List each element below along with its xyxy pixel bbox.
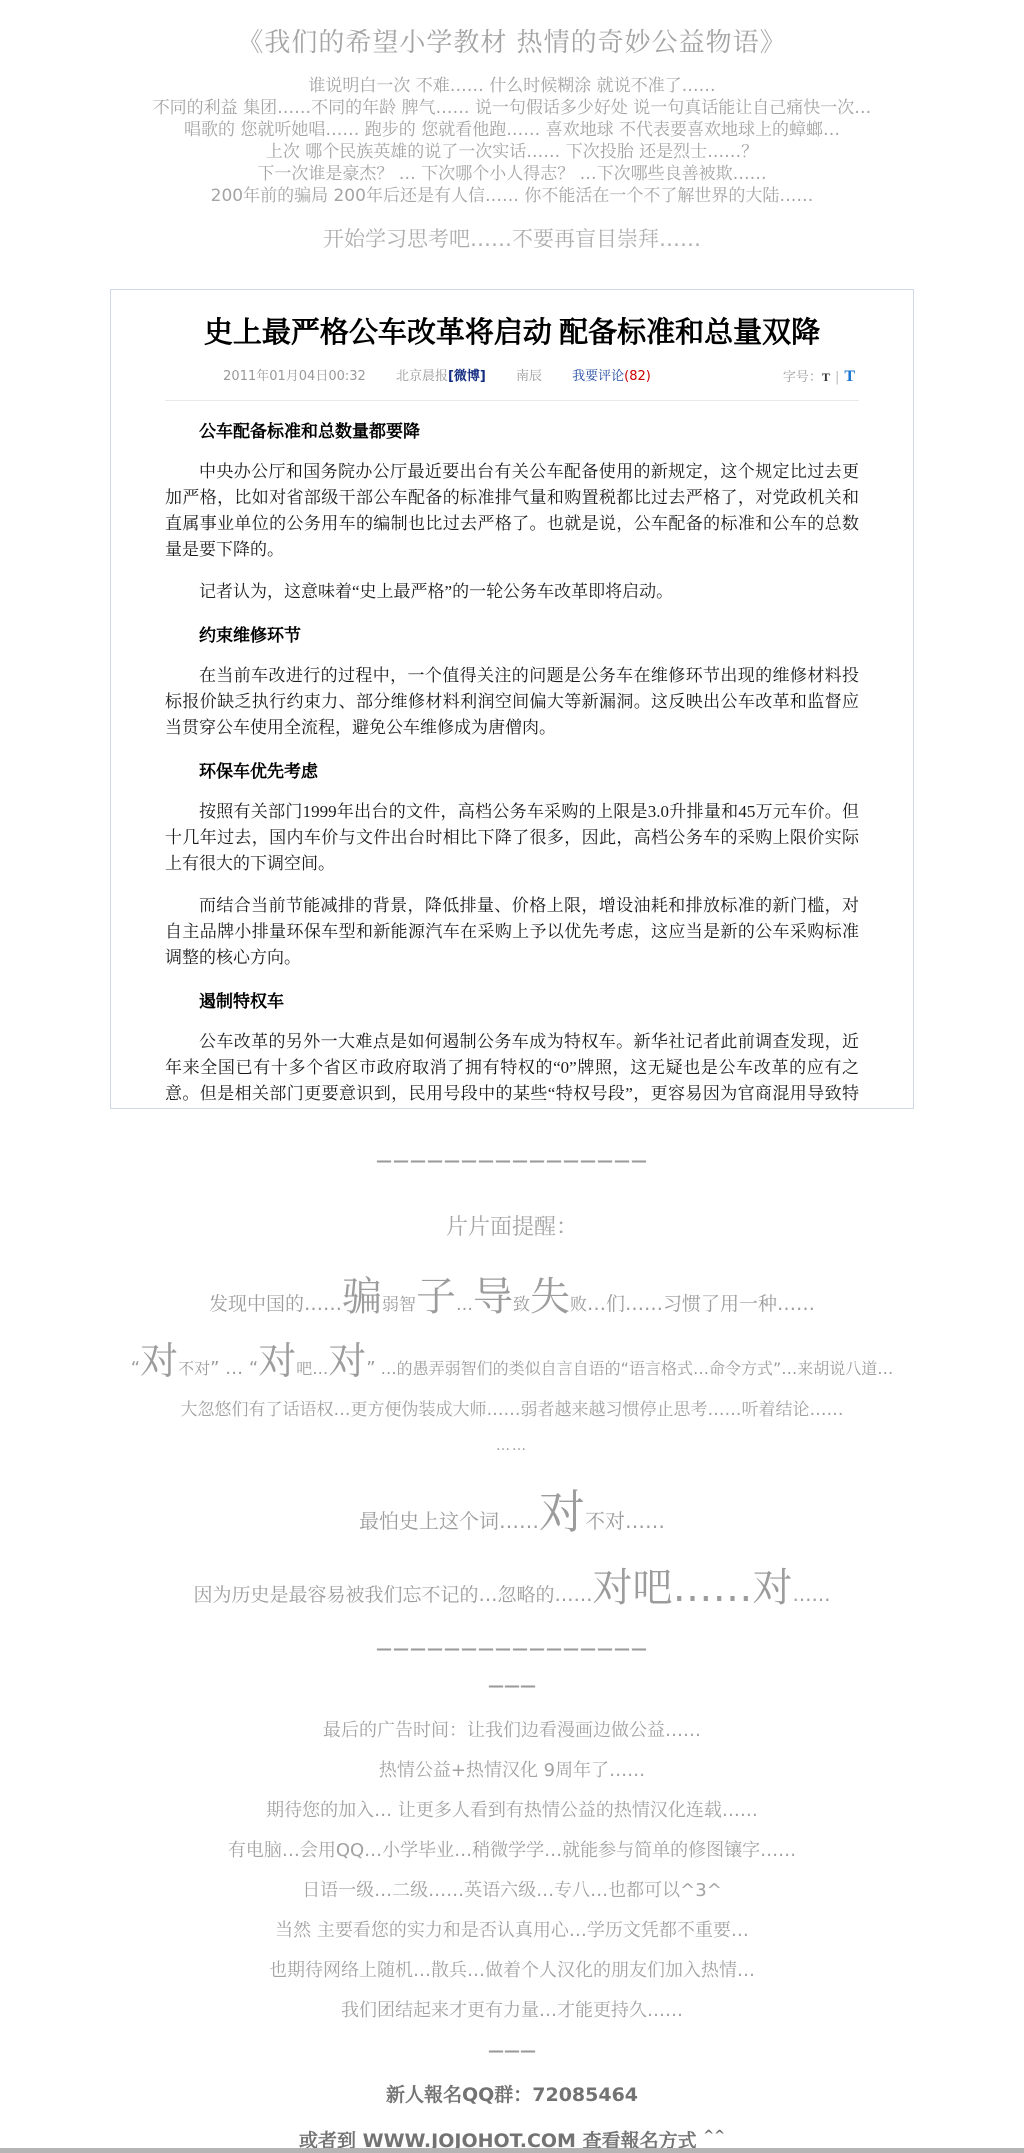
text-segment: 弱智 (382, 1295, 416, 1315)
article-paragraph: 在当前车改进行的过程中，一个值得关注的问题是公务车在维修环节出现的维修材料投标报… (165, 663, 859, 741)
ad-line: 日语一级…二级……英语六级…专八…也都可以^3^ (0, 1881, 1024, 1901)
text-segment: 败 (570, 1295, 587, 1315)
intro-section: 《我们的希望小学教材 热情的奇妙公益物语》 谁说明白一次 不难…… 什么时候糊涂… (0, 0, 1024, 253)
commentary-line-huyou: 大忽悠们有了话语权…更方便伪装成大师……弱者越来越习惯停止思考……听着结论…… (0, 1395, 1024, 1420)
text-segment: ” … “ (210, 1358, 258, 1379)
article-paragraph: 按照有关部门1999年出台的文件，高档公务车采购的上限是3.0升排量和45万元车… (165, 799, 859, 877)
page-title: 《我们的希望小学教材 热情的奇妙公益物语》 (0, 22, 1024, 59)
bottom-border-bar (0, 2148, 1024, 2153)
intro-call-line: 开始学习思考吧……不要再盲目崇拜…… (0, 223, 1024, 253)
divider-dashes: ———————————————— (0, 1639, 1024, 1658)
reminder-title: 片片面提醒： (0, 1210, 1024, 1241)
article-headline: 史上最严格公车改革将启动 配备标准和总量双降 (165, 314, 859, 352)
article-paragraph: 而结合当前节能减排的背景，降低排量、价格上限，增设油耗和排放标准的新门槛，对自主… (165, 893, 859, 971)
text-segment: 致 (513, 1295, 530, 1315)
comment-count: (82) (624, 369, 651, 384)
meta-divider-line (165, 400, 859, 401)
divider-dashes: ———————————————— (0, 1151, 1024, 1170)
weibo-link[interactable]: [微博] (448, 369, 486, 384)
ad-line: 期待您的加入… 让更多人看到有热情公益的热情汉化连载…… (0, 1801, 1024, 1821)
text-segment: ” (366, 1358, 375, 1379)
article-paragraph: 中央办公厅和国务院办公厅最近要出台有关公车配备使用的新规定，这个规定比过去更加严… (165, 459, 859, 563)
qq-signup-line: 新人報名QQ群：72085464 (0, 2080, 1024, 2107)
ad-line: 我们团结起来才更有力量…才能更持久…… (0, 2001, 1024, 2021)
text-segment-large: 失 (530, 1274, 570, 1320)
font-size-large-button[interactable]: T (844, 368, 855, 385)
article-paragraph: 公车改革的另外一大难点是如何遏制公务车成为特权车。新华社记者此前调查发现，近年来… (165, 1029, 859, 1109)
text-segment-large: …… (673, 1565, 753, 1611)
text-segment-large: 对 (753, 1565, 793, 1611)
commentary-ellipsis: …… (0, 1438, 1024, 1454)
smiley-text: ^^ (703, 2129, 725, 2144)
text-segment-large: 对吧 (593, 1565, 673, 1611)
section-heading-eco-cars: 环保车优先考虑 (165, 761, 859, 783)
intro-line: 唱歌的 您就听她唱…… 跑步的 您就看他跑…… 喜欢地球 不代表要喜欢地球上的蟑… (0, 119, 1024, 141)
text-segment: 因为历史是最容易被我们忘不记的…忽略的…… (193, 1584, 592, 1606)
news-article-box: 史上最严格公车改革将启动 配备标准和总量双降 2011年01月04日00:32 … (110, 289, 914, 1109)
text-segment: …们……习惯了用一种…… (587, 1293, 815, 1315)
qq-group-number: 72085464 (532, 2084, 638, 2106)
text-segment: 最怕史上这个词…… (359, 1509, 539, 1533)
intro-line: 200年前的骗局 200年后还是有人信…… 你不能活在一个不了解世界的大陆…… (0, 185, 1024, 207)
source-name: 北京晨报 (396, 369, 448, 384)
page: { "colors": { "muted_gray": "#a4a4a4", "… (0, 0, 1024, 2153)
comment-area: 我要评论(82) (572, 369, 651, 384)
article-source: 北京晨报[微博] (396, 369, 486, 384)
ad-line: 当然 主要看您的实力和是否认真用心…学历文凭都不重要… (0, 1921, 1024, 1941)
font-size-label: 字号： (783, 370, 822, 385)
article-paragraph: 记者认为，这意味着“史上最严格”的一轮公务车改革即将启动。 (165, 579, 859, 605)
article-body: 公车配备标准和总数量都要降 中央办公厅和国务院办公厅最近要出台有关公车配备使用的… (165, 421, 859, 1109)
text-segment-large: 导 (473, 1274, 513, 1320)
article-author: 南辰 (516, 369, 542, 384)
text-segment: 发现中国的…… (209, 1293, 342, 1315)
section-heading-car-standards: 公车配备标准和总数量都要降 (165, 421, 859, 443)
commentary-line-discover: 发现中国的……骗弱智子…导致失败…们……习惯了用一种…… (0, 1265, 1024, 1322)
text-segment-large: 骗 (342, 1274, 382, 1320)
commentary-line-duibudui: “对不对” … “对吧…对” …的愚弄弱智们的类似自言自语的“语言格式…命令方式… (0, 1330, 1024, 1385)
text-segment-large: 对 (258, 1339, 296, 1383)
commentary-line-fear-word: 最怕史上这个词……对不对…… (0, 1476, 1024, 1542)
ad-line: 也期待网络上随机…散兵…做着个人汉化的朋友们加入热情… (0, 1961, 1024, 1981)
text-segment: …的愚弄弱智们的类似自言自语的“语言格式…命令方式”…来胡说八道… (376, 1359, 894, 1378)
font-size-control: 字号：T|T (783, 368, 855, 387)
text-segment-large: 子 (416, 1274, 456, 1320)
text-segment-large: 对 (328, 1339, 366, 1383)
intro-line: 下一次谁是豪杰？ … 下次哪个小人得志？ …下次哪些良善被欺…… (0, 163, 1024, 185)
text-segment-large: 对 (539, 1485, 585, 1539)
recruitment-ad-section: 最后的广告时间：让我们边看漫画边做公益…… 热情公益+热情汉化 9周年了…… 期… (0, 1721, 1024, 2021)
section-heading-maintenance: 约束维修环节 (165, 625, 859, 647)
commentary-line-history: 因为历史是最容易被我们忘不记的…忽略的……对吧……对…… (0, 1556, 1024, 1613)
text-segment: 不对 (178, 1359, 210, 1378)
article-meta-bar: 2011年01月04日00:32 北京晨报[微博] 南辰 我要评论(82) 字号… (165, 368, 859, 386)
article-datetime: 2011年01月04日00:32 (223, 369, 366, 384)
ad-line: 热情公益+热情汉化 9周年了…… (0, 1761, 1024, 1781)
font-size-small-button[interactable]: T (822, 370, 830, 384)
qq-group-label: 新人報名QQ群： (386, 2084, 532, 2106)
text-segment: 吧… (296, 1359, 328, 1378)
text-segment: … (456, 1295, 473, 1315)
ad-line: 有电脑…会用QQ…小学毕业…稍微学学…就能参与简单的修图镶字…… (0, 1841, 1024, 1861)
text-segment: “ (131, 1358, 140, 1379)
divider-short: ——— (0, 1676, 1024, 1695)
text-segment-large: 对 (140, 1339, 178, 1383)
intro-line: 谁说明白一次 不难…… 什么时候糊涂 就说不准了…… (0, 75, 1024, 97)
intro-line: 上次 哪个民族英雄的说了一次实话…… 下次投胎 还是烈士……？ (0, 141, 1024, 163)
text-segment: …… (793, 1584, 831, 1606)
intro-line: 不同的利益 集团……不同的年龄 脾气…… 说一句假话多少好处 说一句真话能让自己… (0, 97, 1024, 119)
text-segment: 不对…… (585, 1509, 665, 1533)
meta-group: 2011年01月04日00:32 北京晨报[微博] 南辰 我要评论(82) (210, 369, 664, 384)
section-heading-privilege-cars: 遏制特权车 (165, 991, 859, 1013)
divider-short: ——— (0, 2041, 1024, 2060)
comment-link[interactable]: 我要评论 (572, 369, 624, 384)
ad-line: 最后的广告时间：让我们边看漫画边做公益…… (0, 1721, 1024, 1741)
font-size-divider: | (835, 370, 839, 385)
